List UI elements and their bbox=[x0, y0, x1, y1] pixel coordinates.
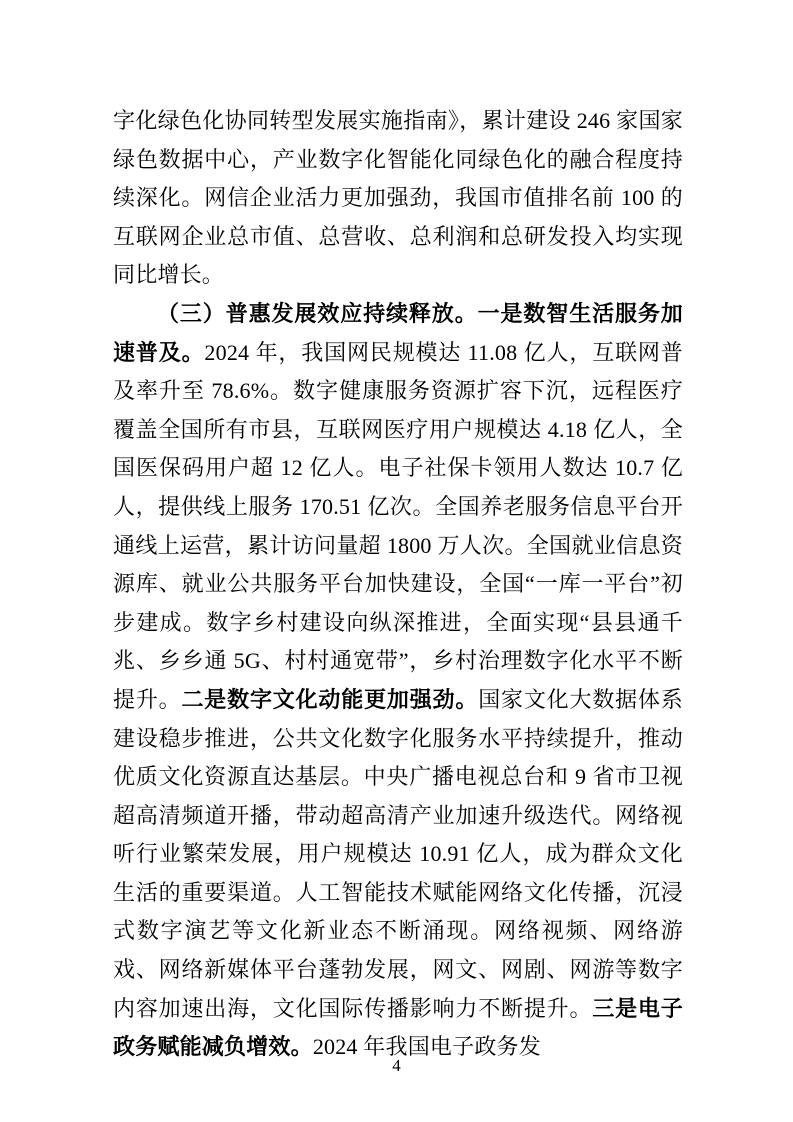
paragraph-continuation: 字化绿色化协同转型发展实施指南》，累计建设 246 家国家绿色数据中心，产业数字… bbox=[113, 102, 683, 295]
text-segment: 国家文化大数据体系建设稳步推进，公共文化数字化服务水平持续提升，推动优质文化资源… bbox=[113, 687, 683, 1021]
document-page: 字化绿色化协同转型发展实施指南》，累计建设 246 家国家绿色数据中心，产业数字… bbox=[0, 0, 793, 1122]
page-number: 4 bbox=[0, 1055, 793, 1077]
document-body: 字化绿色化协同转型发展实施指南》，累计建设 246 家国家绿色数据中心，产业数字… bbox=[113, 102, 683, 1067]
text-segment: 2024 年，我国网民规模达 11.08 亿人，互联网普及率升至 78.6%。数… bbox=[113, 340, 683, 712]
text-segment: 字化绿色化协同转型发展实施指南》，累计建设 246 家国家绿色数据中心，产业数字… bbox=[113, 108, 683, 287]
paragraph-section-three: （三）普惠发展效应持续释放。一是数智生活服务加速普及。2024 年，我国网民规模… bbox=[113, 295, 683, 1067]
text-segment-heading-2: 二是数字文化动能更加强劲。 bbox=[181, 687, 478, 712]
